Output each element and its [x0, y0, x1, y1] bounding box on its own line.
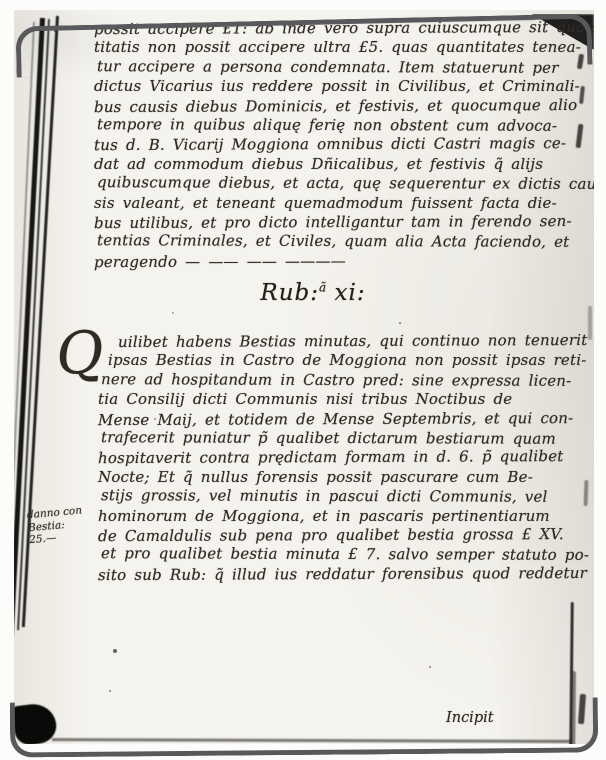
paragraph-statute-vicarius: possit accipere £1: ab inde vero supra c…: [94, 19, 586, 271]
catchword: Incipit: [446, 710, 494, 726]
text-line: uilibet habens Bestias minutas, qui cont…: [98, 331, 590, 353]
text-line: bus causis diebus Dominicis, et festivis…: [94, 95, 586, 117]
rubric-prefix: Rub:: [260, 280, 319, 306]
text-line: hominorum de Moggiona, et in pascaris pe…: [98, 507, 590, 526]
text-line: ipsas Bestias in Castro de Moggiona non …: [98, 351, 590, 370]
text-line: peragendo — —— —— ————: [94, 251, 586, 273]
page-edge-smudge: [578, 694, 586, 724]
paper-speckles: [54, 30, 56, 32]
text-line: tentias Criminales, et Civiles, quam ali…: [97, 231, 586, 252]
page-edge-line: [569, 602, 574, 744]
text-line: stijs grossis, vel minutis in pascui dic…: [101, 486, 590, 507]
text-line: nere ad hospitandum in Castro pred: sine…: [101, 370, 590, 391]
margin-note: danno con Bestia: 25.—: [27, 503, 104, 547]
text-line: dat ad commodum diebus Dñicalibus, et fe…: [94, 155, 586, 174]
text-line: tempore in quibus aliquę ferię non obste…: [97, 115, 586, 136]
scanned-page-photo: possit accipere £1: ab inde vero supra c…: [14, 10, 594, 744]
text-line: Nocte; Et q̃ nullus forensis possit pasc…: [98, 468, 590, 487]
rubric-number: xi:: [335, 280, 366, 306]
text-line: tia Consilij dicti Communis nisi tribus …: [98, 390, 590, 409]
text-line: sito sub Rub: q̃ illud ius reddatur fore…: [98, 564, 590, 586]
text-line: et pro qualibet bestia minuta £ 7. salvo…: [101, 544, 590, 565]
text-line: quibuscumque diebus, et acta, quę sequer…: [97, 173, 586, 194]
text-line: dictus Vicarius ius reddere possit in Ci…: [94, 77, 586, 96]
manuscript-scan-view: possit accipere £1: ab inde vero supra c…: [0, 0, 606, 760]
text-line: de Camaldulis sub pena pro qualibet best…: [98, 525, 590, 547]
paragraph-statute-bestias: uilibet habens Bestias minutas, qui cont…: [98, 332, 590, 584]
text-line: bus utilibus, et pro dicto intelligantur…: [94, 212, 586, 234]
text-line: trafecerit puniatur p̃ qualibet dictarum…: [101, 428, 590, 449]
text-line: tur accipere a persona condemnata. Item …: [97, 57, 586, 78]
rubric-superscript: ã: [319, 280, 326, 294]
text-line: tus d. B. Vicarij Moggiona omnibus dicti…: [94, 134, 586, 156]
text-line: sis valeant, et teneant quemadmodum fuis…: [94, 194, 586, 213]
text-line: titatis non possit accipere ultra £5. qu…: [94, 38, 586, 57]
page-bottom-edge-shadow: [52, 738, 572, 743]
text-line: Mense Maij, et totidem de Mense Septembr…: [98, 408, 590, 430]
rubric-heading: Rub:ã xi:: [228, 280, 398, 306]
text-line: hospitaverit contra prędictam formam in …: [98, 447, 590, 469]
text-line: possit accipere £1: ab inde vero supra c…: [94, 18, 586, 40]
